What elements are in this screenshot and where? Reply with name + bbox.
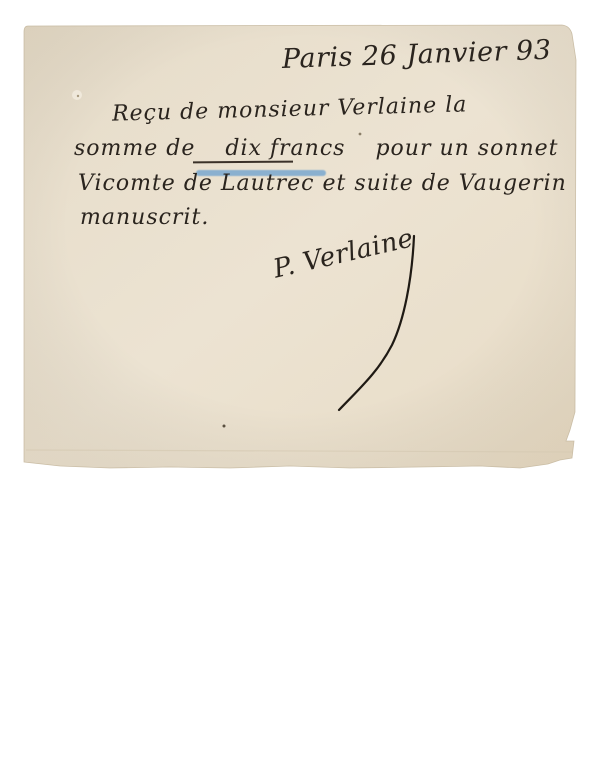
receipt-line-3: Vicomte de Lautrec et suite de Vaugerin <box>78 171 567 196</box>
amount-suffix: pour un sonnet <box>375 136 558 161</box>
amount-prefix: somme de <box>74 136 195 161</box>
document-scan: Paris 26 Janvier 93 Reçu de monsieur Ver… <box>0 0 600 782</box>
amount-highlighted: dix francs <box>225 136 345 161</box>
receipt-line-4: manuscrit. <box>80 205 209 230</box>
receipt-line-2: somme de dix francs pour un sonnet <box>74 136 559 161</box>
